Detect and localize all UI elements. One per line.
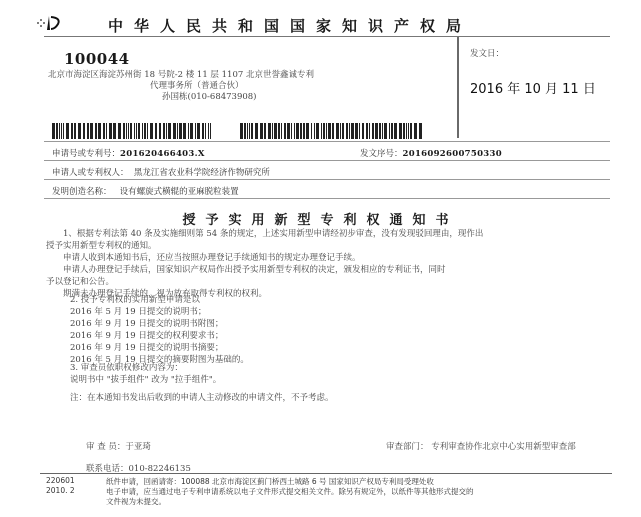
applicant-label: 申请人或专利权人：	[52, 168, 129, 178]
department-field: 审查部门： 专利审查协作北京中心实用新型审查部	[386, 440, 576, 452]
footer-divider	[40, 473, 612, 474]
barcode-serial	[240, 123, 423, 139]
header-divider	[44, 36, 610, 37]
field-divider	[44, 141, 610, 142]
footer-line-3: 文件视为未提交。	[106, 496, 166, 507]
paragraph-line: 申请人办理登记手续后，国家知识产权局作出授予实用新型专利权的决定，颁发相应的专利…	[63, 266, 446, 275]
paragraph-line: 授予实用新型专利权的通知。	[46, 242, 157, 251]
form-version: 2010. 2	[46, 486, 75, 495]
cnipa-logo-icon	[36, 15, 62, 31]
document-serial-label: 发文序号：	[360, 149, 403, 159]
submission-item: 2016 年 9 月 19 日提交的权利要求书；	[70, 332, 223, 341]
section-2-heading: 2. 授予专利权的实用新型申请是以	[70, 296, 200, 305]
invention-title-label: 发明创造名称：	[52, 187, 112, 197]
examiner-field: 审 查 员：于亚琦	[86, 440, 151, 452]
form-code: 220601	[46, 476, 75, 485]
vertical-divider	[457, 37, 459, 138]
agency-name: 中华人民共和国国家知识产权局	[108, 15, 472, 36]
recipient-contact: 孙国栋(010-68473908)	[162, 90, 257, 102]
section-3-heading: 3. 审查员依职权修改内容为：	[70, 364, 183, 373]
department-label: 审查部门：	[386, 442, 429, 452]
issue-date: 2016 年 10 月 11 日	[470, 78, 596, 97]
paragraph-line: 1、根据专利法第 40 条及实施细则第 54 条的规定，上述实用新型申请经初步审…	[63, 230, 483, 239]
section-3-body: 说明书中 "拔手组件" 改为 "拉手组件"。	[70, 376, 221, 385]
submission-item: 2016 年 9 月 19 日提交的说明书附图；	[70, 320, 223, 329]
examiner-label: 审 查 员：	[86, 442, 125, 452]
field-divider	[44, 160, 610, 161]
paragraph-line: 申请人收到本通知书后，还应当按照办理登记手续通知书的规定办理登记手续。	[63, 254, 361, 263]
issue-date-label: 发文日：	[470, 47, 504, 59]
document-title: 授予实用新型专利权通知书	[0, 209, 641, 228]
invention-title-field: 发明创造名称： 设有螺旋式横辊的亚麻脱粒装置	[52, 185, 239, 197]
document-serial: 2016092600750330	[403, 149, 502, 159]
submission-item: 2016 年 9 月 19 日提交的说明书摘要；	[70, 344, 223, 353]
field-divider	[44, 179, 610, 180]
examiner-name: 于亚琦	[125, 442, 151, 452]
department-name: 专利审查协作北京中心实用新型审查部	[431, 442, 576, 452]
applicant: 黑龙江省农业科学院经济作物研究所	[134, 168, 270, 178]
barcode-application	[52, 123, 212, 139]
paragraph-line: 予以登记和公告。	[46, 278, 114, 287]
note: 注：在本通知书发出后收到的申请人主动修改的申请文件，不予考虑。	[70, 394, 334, 403]
document-serial-field: 发文序号：2016092600750330	[360, 147, 502, 159]
recipient-postcode: 100044	[64, 50, 130, 68]
submission-item: 2016 年 5 月 19 日提交的说明书；	[70, 308, 206, 317]
application-number-label: 申请号或专利号：	[52, 149, 120, 159]
application-number: 201620466403.X	[120, 149, 205, 159]
applicant-field: 申请人或专利权人： 黑龙江省农业科学院经济作物研究所	[52, 166, 270, 178]
invention-title: 设有螺旋式横辊的亚麻脱粒装置	[120, 187, 239, 197]
application-number-field: 申请号或专利号：201620466403.X	[52, 147, 205, 159]
field-divider	[44, 198, 610, 199]
